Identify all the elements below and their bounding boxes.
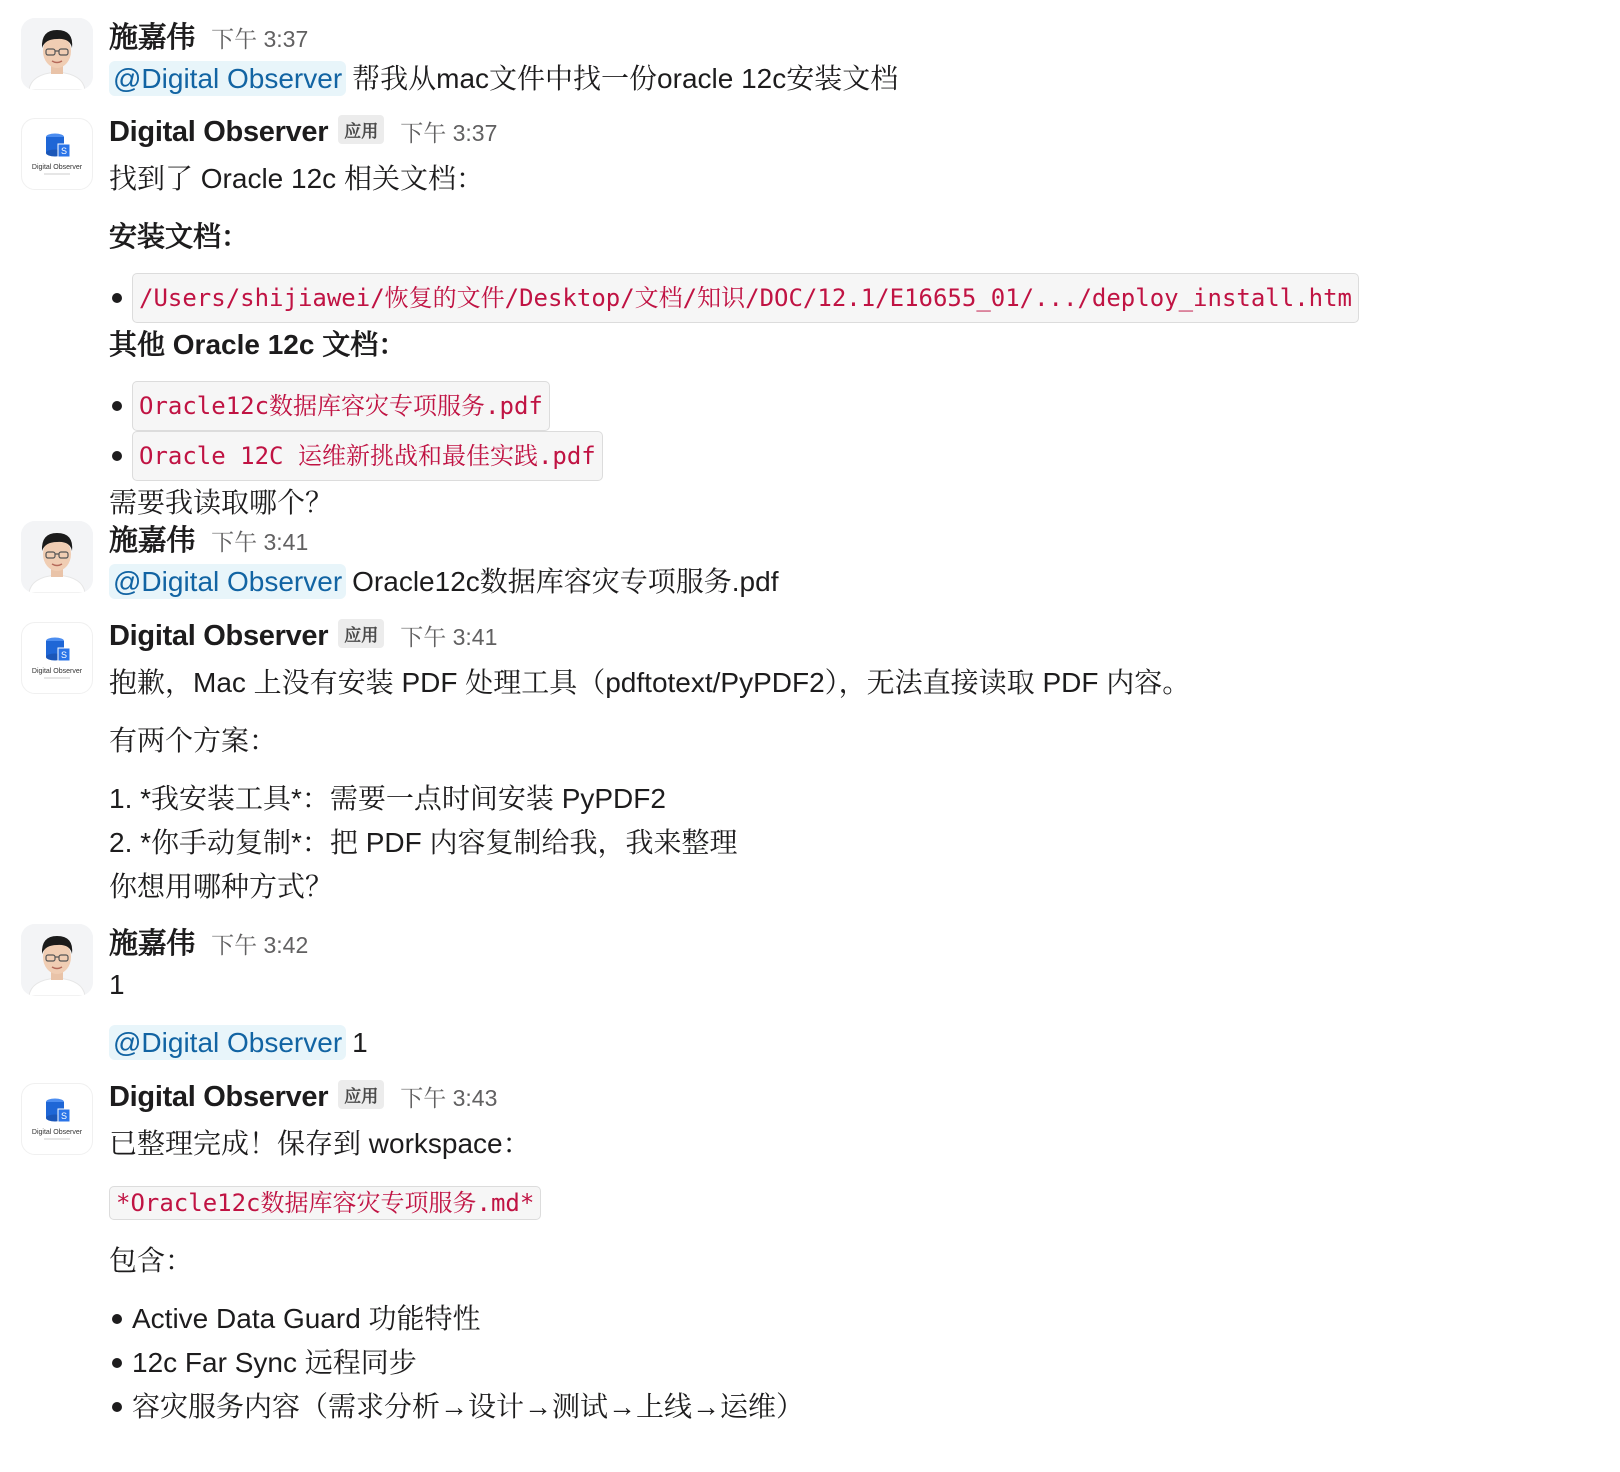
bot-avatar[interactable]: S Digital Observer: [21, 622, 93, 694]
database-logo-icon: S Digital Observer: [22, 1084, 92, 1154]
message-text: 1: [109, 963, 1580, 1007]
option-item: 1. *我安装工具*：需要一点时间安装 PyPDF2: [109, 777, 1580, 821]
message-text: 抱歉，Mac 上没有安装 PDF 处理工具（pdftotext/PyPDF2），…: [109, 661, 1580, 705]
user-avatar[interactable]: [21, 924, 93, 996]
app-badge: 应用: [338, 1080, 384, 1109]
list-item: Active Data Guard 功能特性: [109, 1297, 1580, 1341]
timestamp[interactable]: 下午 3:43: [400, 1080, 497, 1113]
bullet-icon: [112, 401, 122, 411]
message-text: 帮我从mac文件中找一份oracle 12c安装文档: [352, 63, 898, 94]
timestamp[interactable]: 下午 3:41: [211, 524, 308, 557]
database-logo-icon: S Digital Observer: [22, 119, 92, 189]
author-name[interactable]: Digital Observer: [109, 1081, 328, 1114]
list-item-text: 容灾服务内容（需求分析→设计→测试→上线→运维）: [132, 1385, 804, 1429]
message-text: 1: [352, 1027, 368, 1058]
timestamp[interactable]: 下午 3:37: [211, 21, 308, 54]
database-logo-icon: S Digital Observer: [22, 623, 92, 693]
file-name-code[interactable]: *Oracle12c数据库容灾专项服务.md*: [109, 1186, 541, 1220]
mention-digital-observer[interactable]: @Digital Observer: [109, 1025, 346, 1060]
author-name[interactable]: 施嘉伟: [109, 921, 195, 962]
timestamp[interactable]: 下午 3:42: [211, 927, 308, 960]
message-text: 找到了 Oracle 12c 相关文档：: [109, 157, 1580, 201]
list-item: Oracle 12C 运维新挑战和最佳实践.pdf: [109, 431, 1580, 481]
author-name[interactable]: Digital Observer: [109, 116, 328, 149]
bullet-icon: [112, 293, 122, 303]
list-item: Oracle12c数据库容灾专项服务.pdf: [109, 381, 1580, 431]
mention-digital-observer[interactable]: @Digital Observer: [109, 564, 346, 599]
bot-avatar[interactable]: S Digital Observer: [21, 1083, 93, 1155]
author-name[interactable]: 施嘉伟: [109, 518, 195, 559]
message-text: 已整理完成！保存到 workspace：: [109, 1122, 1580, 1166]
list-item: /Users/shijiawei/恢复的文件/Desktop/文档/知识/DOC…: [109, 273, 1580, 323]
person-photo-icon: [21, 18, 93, 90]
message-feed: 施嘉伟 下午 3:37 @Digital Observer帮我从mac文件中找一…: [0, 0, 1620, 1472]
list-item: 容灾服务内容（需求分析→设计→测试→上线→运维）: [109, 1385, 1580, 1429]
svg-text:S: S: [61, 1111, 67, 1121]
user-avatar[interactable]: [21, 521, 93, 593]
message-text: 包含：: [109, 1239, 1580, 1283]
file-name-code[interactable]: Oracle12c数据库容灾专项服务.pdf: [132, 381, 550, 431]
file-name-code[interactable]: Oracle 12C 运维新挑战和最佳实践.pdf: [132, 431, 603, 481]
svg-text:Digital Observer: Digital Observer: [32, 1129, 83, 1136]
list-item: 12c Far Sync 远程同步: [109, 1341, 1580, 1385]
svg-text:S: S: [61, 146, 67, 156]
svg-text:S: S: [61, 650, 67, 660]
user-avatar[interactable]: [21, 18, 93, 90]
message-text: Oracle12c数据库容灾专项服务.pdf: [352, 566, 778, 597]
list-item-text: 12c Far Sync 远程同步: [132, 1341, 417, 1385]
mention-digital-observer[interactable]: @Digital Observer: [109, 61, 346, 96]
bullet-icon: [112, 451, 122, 461]
bullet-icon: [112, 1358, 122, 1368]
bullet-icon: [112, 1314, 122, 1324]
app-badge: 应用: [338, 619, 384, 648]
timestamp[interactable]: 下午 3:37: [400, 115, 497, 148]
app-badge: 应用: [338, 115, 384, 144]
author-name[interactable]: 施嘉伟: [109, 15, 195, 56]
file-path-code[interactable]: /Users/shijiawei/恢复的文件/Desktop/文档/知识/DOC…: [132, 273, 1359, 323]
person-photo-icon: [21, 521, 93, 593]
bullet-icon: [112, 1402, 122, 1412]
person-photo-icon: [21, 924, 93, 996]
section-heading: 其他 Oracle 12c 文档：: [109, 323, 1580, 367]
message-text: 有两个方案：: [109, 719, 1580, 763]
list-item-text: Active Data Guard 功能特性: [132, 1297, 481, 1341]
section-heading: 安装文档：: [109, 215, 1580, 259]
author-name[interactable]: Digital Observer: [109, 620, 328, 653]
svg-text:Digital Observer: Digital Observer: [32, 164, 83, 171]
timestamp[interactable]: 下午 3:41: [400, 619, 497, 652]
message-text: 你想用哪种方式？: [109, 865, 1580, 909]
svg-text:Digital Observer: Digital Observer: [32, 668, 83, 675]
option-item: 2. *你手动复制*：把 PDF 内容复制给我，我来整理: [109, 821, 1580, 865]
bot-avatar[interactable]: S Digital Observer: [21, 118, 93, 190]
